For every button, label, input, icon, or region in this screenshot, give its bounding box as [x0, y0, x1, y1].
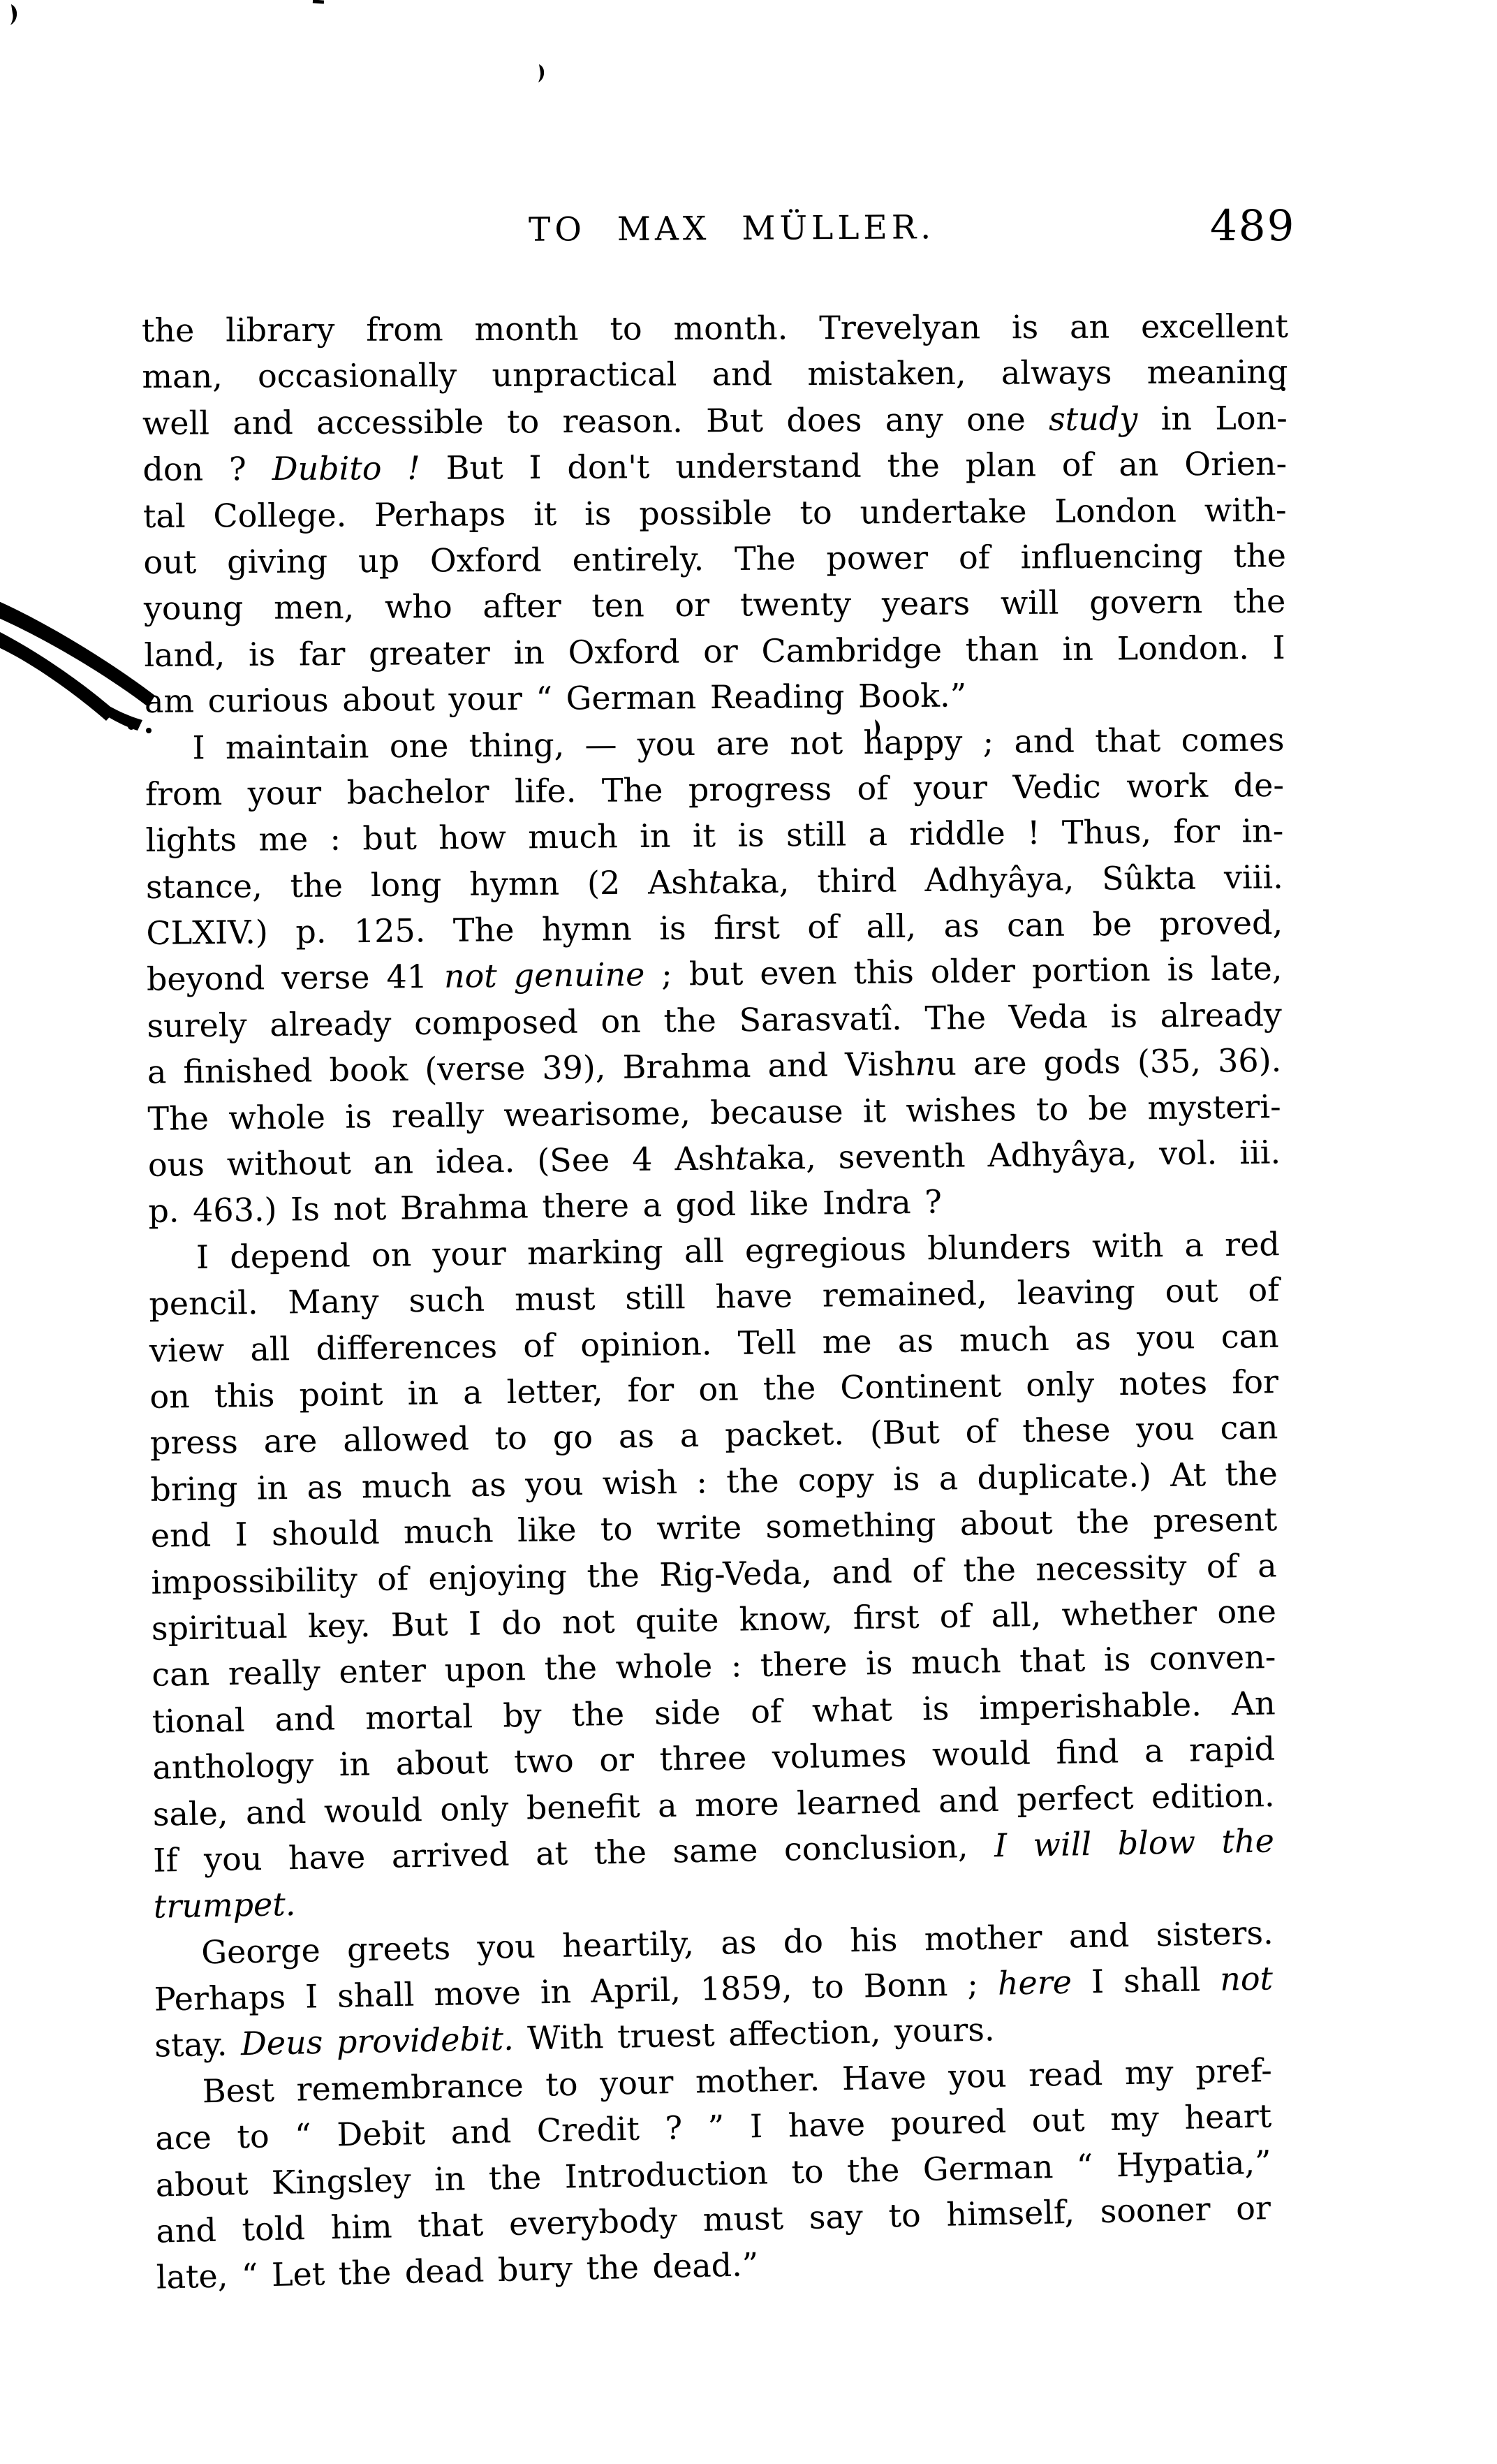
text-segment: man, occasionally unpractical and mistak…	[142, 353, 1288, 395]
text-line: land, is far greater in Oxford or Cambri…	[142, 624, 1285, 678]
text-line: well and accessible to reason. But does …	[142, 395, 1288, 446]
text-segment: ous without an idea. (See 4 Ash	[148, 1139, 736, 1184]
text-segment: am curious about your “ German Reading B…	[145, 677, 967, 720]
text-segment: a finished book (verse 39), Brahma and V…	[147, 1046, 915, 1092]
text-segment: p. 463.) Is not Brahma there a god like …	[148, 1183, 942, 1230]
text-line: don ? Dubito ! But I don't understand th…	[142, 441, 1288, 493]
italic-text-segment: not genuine	[444, 955, 645, 995]
text-segment: CLXIV.) p. 125. The hymn is first of all…	[146, 904, 1283, 952]
italic-text-segment: n	[915, 1045, 936, 1083]
text-segment: well and accessible to reason. But does …	[142, 400, 1049, 442]
text-segment: I shall	[1071, 1960, 1220, 2001]
text-segment: late, “ Let the dead bury the dead.”	[156, 2245, 758, 2296]
text-segment: the library from month to month. Trevely…	[142, 307, 1288, 349]
text-line: young men, who after ten or twenty years…	[142, 578, 1286, 632]
italic-text-segment: not	[1220, 1959, 1274, 1997]
text-segment: With truest affection, yours.	[513, 2011, 995, 2058]
italic-text-segment: I will blow the	[994, 1821, 1274, 1864]
text-line: tal College. Perhaps it is possible to u…	[142, 487, 1287, 539]
scanned-book-page: TO MAX MÜLLER. 489 the library from mont…	[0, 0, 1497, 2464]
text-segment: tal College. Perhaps it is possible to u…	[143, 491, 1287, 535]
italic-text-segment: trumpet.	[153, 1885, 295, 1926]
text-segment: But I don't understand the plan of an Or…	[420, 445, 1288, 487]
text-segment: lights me : but how much in it is still …	[145, 812, 1283, 859]
italic-text-segment: t	[708, 863, 721, 900]
page-number: 489	[1210, 201, 1295, 251]
text-segment: surely already composed on the Sarasvatî…	[147, 995, 1282, 1044]
running-header: TO MAX MÜLLER.	[529, 208, 935, 249]
italic-text-segment: Deus providebit.	[240, 2020, 514, 2063]
text-segment: land, is far greater in Oxford or Cambri…	[144, 629, 1285, 674]
text-segment: from your bachelor life. The progress of…	[145, 766, 1284, 813]
italic-text-segment: t	[735, 1139, 748, 1177]
text-segment: in Lon-	[1137, 399, 1288, 437]
text-segment: aka, seventh Adhyâya, vol. iii.	[748, 1133, 1281, 1177]
text-line: out giving up Oxford entirely. The power…	[142, 532, 1286, 585]
text-segment: ; but even this older portion is late,	[644, 950, 1283, 994]
italic-text-segment: Dubito !	[272, 449, 420, 487]
text-line: man, occasionally unpractical and mistak…	[142, 349, 1288, 399]
margin-pen-strokes	[0, 601, 155, 733]
text-segment: out giving up Oxford entirely. The power…	[143, 536, 1286, 581]
text-segment: beyond verse 41	[147, 958, 445, 998]
text-segment: young men, who after ten or twenty years…	[144, 582, 1286, 627]
text-segment: don ?	[142, 450, 272, 488]
text-segment: aka, third Adhyâya, Sûkta viii.	[721, 858, 1283, 900]
text-segment: I maintain one thing, — you are not happ…	[192, 720, 1284, 766]
italic-text-segment: study	[1049, 399, 1137, 438]
text-segment: The whole is really wearisome, because i…	[147, 1087, 1281, 1138]
text-segment: stay.	[154, 2025, 242, 2065]
text-line: the library from month to month. Trevely…	[142, 303, 1288, 354]
text-line: am curious about your “ German Reading B…	[142, 670, 1285, 724]
italic-text-segment: here	[997, 1963, 1072, 2002]
text-segment: u are gods (35, 36).	[936, 1041, 1282, 1083]
text-segment: stance, the long hymn (2 Ash	[146, 863, 709, 905]
letter-body-text: the library from month to month. Trevely…	[142, 307, 1288, 2301]
